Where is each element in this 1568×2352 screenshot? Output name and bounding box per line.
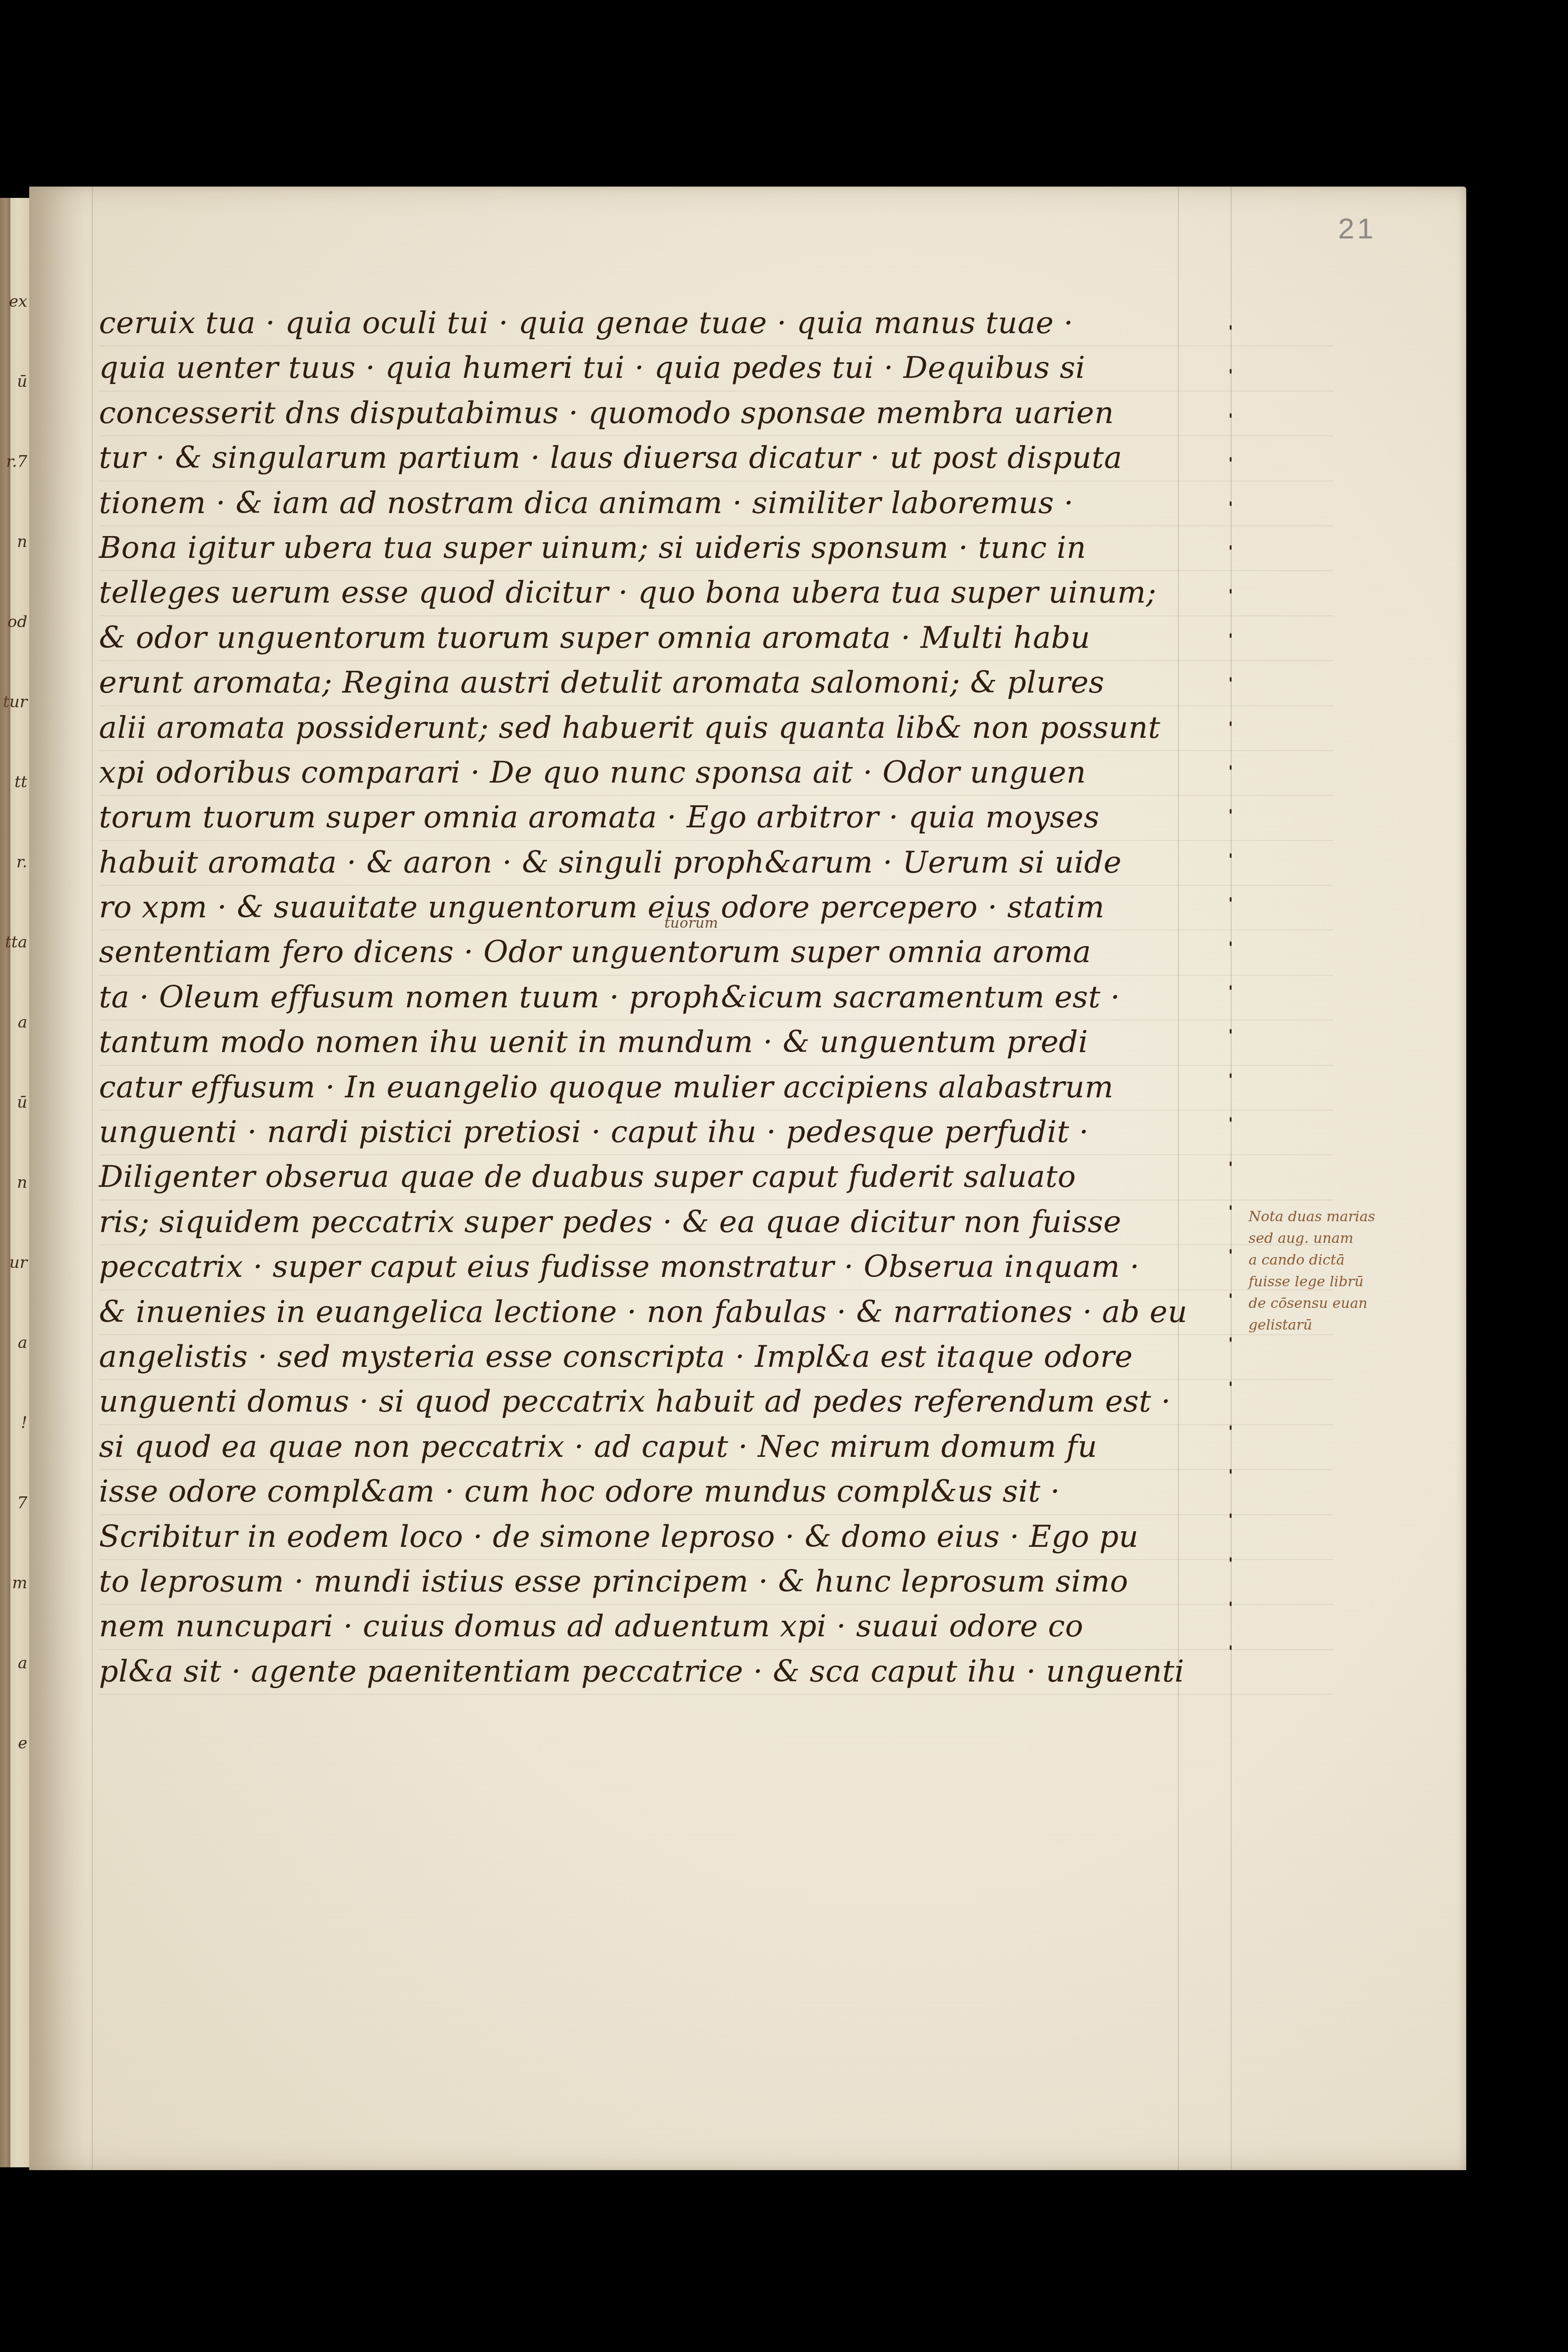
ruling-line-left <box>92 187 93 2170</box>
text-line: angelistis · sed mysteria esse conscript… <box>99 1335 1333 1380</box>
text-line: Scribitur in eodem loco · de simone lepr… <box>99 1515 1333 1560</box>
marginal-note-line: fuisse lege librū <box>1249 1271 1390 1293</box>
text-line: concesserit dns disputabimus · quomodo s… <box>99 392 1333 436</box>
text-line: si quod ea quae non peccatrix · ad caput… <box>99 1425 1333 1470</box>
text-line: telleges uerum esse quod dicitur · quo b… <box>99 571 1333 616</box>
text-line: habuit aromata · & aaron · & singuli pro… <box>99 841 1333 886</box>
text-line: peccatrix · super caput eius fudisse mon… <box>99 1245 1333 1290</box>
pricking-dot <box>1230 1293 1232 1298</box>
pricking-dot <box>1230 501 1232 506</box>
text-line: sententiam fero dicens · Odor unguentoru… <box>99 931 1333 975</box>
facing-page-text-fragment: ū <box>17 1093 27 1112</box>
pricking-dot <box>1230 809 1232 814</box>
facing-page-text-fragment: 7 <box>17 1494 27 1512</box>
facing-page-text-fragment: n <box>17 1173 27 1192</box>
pricking-dot <box>1230 1161 1232 1166</box>
main-text-column: ceruix tua · quia oculi tui · quia genae… <box>99 302 1333 1695</box>
pricking-dot <box>1230 1381 1232 1386</box>
facing-page-text-fragment: ! <box>21 1413 27 1432</box>
pricking-dot <box>1230 853 1232 858</box>
text-line: alii aromata possiderunt; sed habuerit q… <box>99 706 1333 751</box>
pricking-dot <box>1230 897 1232 902</box>
pricking-dot <box>1230 1073 1232 1078</box>
text-line: to leprosum · mundi istius esse principe… <box>99 1560 1333 1605</box>
text-line: catur effusum · In euangelio quoque muli… <box>99 1066 1333 1111</box>
text-line: torum tuorum super omnia aromata · Ego a… <box>99 796 1333 841</box>
pricking-dot <box>1230 1117 1232 1122</box>
facing-page-text-fragment: od <box>8 612 27 631</box>
facing-page-text-fragment: e <box>18 1734 27 1753</box>
marginal-note-line: de cōsensu euan <box>1249 1293 1390 1315</box>
facing-page-text-fragment: m <box>12 1574 27 1592</box>
text-line: quia uenter tuus · quia humeri tui · qui… <box>99 346 1333 391</box>
facing-page-text-fragment: a <box>18 1333 27 1352</box>
text-line: unguenti · nardi pistici pretiosi · capu… <box>99 1111 1333 1155</box>
text-line: isse odore compl&am · cum hoc odore mund… <box>99 1470 1333 1515</box>
marginal-annotation: Nota duas mariassed aug. unama cando dic… <box>1249 1206 1390 1336</box>
pricking-dot <box>1230 677 1232 682</box>
pricking-dot <box>1230 1645 1232 1650</box>
facing-page-text-fragment: ex <box>9 292 27 311</box>
facing-page-text-fragment: ur <box>9 1253 27 1272</box>
pricking-dot <box>1230 1205 1232 1210</box>
text-line: ris; siquidem peccatrix super pedes · & … <box>99 1200 1333 1245</box>
marginal-note-line: gelistarū <box>1249 1315 1390 1336</box>
text-line: tur · & singularum partium · laus diuers… <box>99 436 1333 481</box>
facing-page-text-fragment: r. <box>16 853 27 872</box>
pricking-dot <box>1230 721 1232 726</box>
folio-number: 21 <box>1338 212 1376 245</box>
text-line: ta · Oleum effusum nomen tuum · proph&ic… <box>99 976 1333 1021</box>
text-line: & inuenies in euangelica lectione · non … <box>99 1290 1333 1335</box>
pricking-dot <box>1230 325 1232 330</box>
text-line: tantum modo nomen ihu uenit in mundum · … <box>99 1021 1333 1065</box>
pricking-dot <box>1230 589 1232 594</box>
pricking-dot <box>1230 1469 1232 1474</box>
pricking-dot <box>1230 1425 1232 1430</box>
facing-page-text-fragment: n <box>17 532 27 551</box>
text-line: ceruix tua · quia oculi tui · quia genae… <box>99 302 1333 346</box>
text-line: & odor unguentorum tuorum super omnia ar… <box>99 616 1333 661</box>
facing-page-text-fragment: ū <box>17 372 27 391</box>
pricking-dot <box>1230 1029 1232 1034</box>
marginal-note-line: sed aug. unam <box>1249 1228 1390 1249</box>
marginal-note-line: a cando dictā <box>1249 1249 1390 1271</box>
text-line: Bona igitur ubera tua super uinum; si ui… <box>99 526 1333 571</box>
pricking-dot <box>1230 1557 1232 1562</box>
facing-page-text-fragment: a <box>18 1013 27 1032</box>
pricking-dot <box>1230 1513 1232 1518</box>
marginal-note-line: Nota duas marias <box>1249 1206 1390 1228</box>
pricking-dot <box>1230 985 1232 990</box>
pricking-dot <box>1230 941 1232 946</box>
text-line: xpi odoribus comparari · De quo nunc spo… <box>99 751 1333 796</box>
pricking-dot <box>1230 633 1232 638</box>
pricking-dot <box>1230 369 1232 374</box>
text-line: Diligenter obserua quae de duabus super … <box>99 1155 1333 1200</box>
pricking-dot <box>1230 1337 1232 1342</box>
text-line: nem nuncupari · cuius domus ad aduentum … <box>99 1605 1333 1650</box>
text-line: erunt aromata; Regina austri detulit aro… <box>99 661 1333 706</box>
text-line: tionem · & iam ad nostram dica animam · … <box>99 482 1333 526</box>
binding-spine <box>0 198 10 2167</box>
pricking-dot <box>1230 765 1232 770</box>
pricking-dot <box>1230 413 1232 418</box>
facing-page-text-fragment: a <box>18 1654 27 1673</box>
pricking-dot <box>1230 1601 1232 1606</box>
pricking-dot <box>1230 1249 1232 1254</box>
text-line: pl&a sit · agente paenitentiam peccatric… <box>99 1650 1333 1695</box>
pricking-dot <box>1230 545 1232 550</box>
facing-page-text-fragment: tt <box>15 773 27 792</box>
text-line: unguenti domus · si quod peccatrix habui… <box>99 1380 1333 1425</box>
pricking-dot <box>1230 457 1232 462</box>
interlinear-gloss: tuorum <box>664 916 719 931</box>
